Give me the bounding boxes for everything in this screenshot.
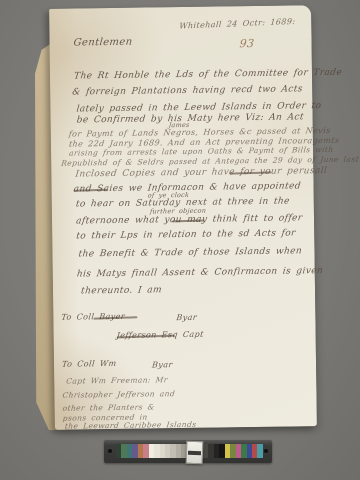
- manuscript-line: thereunto. I am: [80, 285, 162, 296]
- manuscript-line: to their Lps in relation to the sd Acts …: [76, 228, 297, 241]
- label-clip: [186, 441, 204, 465]
- label-clip-line: [188, 451, 201, 455]
- greeting: Gentlemen: [73, 37, 133, 49]
- manuscript-line: & forreign Plantations having recd two A…: [72, 84, 304, 97]
- manuscript-line: his Matys finall Assent & Confirmacon is…: [76, 266, 323, 279]
- interlined-insertion: of ye clock: [147, 191, 189, 200]
- color-patch: [257, 444, 262, 458]
- manuscript-line: the Benefit & Trade of those Islands whe…: [78, 246, 303, 259]
- color-calibration-bar: [104, 440, 272, 463]
- address-line: the Leeward Caribbee Islands: [64, 420, 197, 431]
- address-line: Capt Wm Freeman: Mr: [66, 375, 168, 385]
- mounting-dot: [108, 449, 112, 453]
- page-number: 93: [239, 37, 255, 50]
- address-line: Byar: [152, 360, 174, 369]
- address-line: Byar: [176, 313, 198, 322]
- interlined-insertion: James: [168, 121, 190, 129]
- photo-background: Whitehall 24 Octr: 1689: 93 Gentlemen Th…: [0, 0, 360, 480]
- mounting-dot: [264, 449, 268, 453]
- address-line: other the Planters &: [62, 402, 155, 412]
- manuscript-page: Whitehall 24 Octr: 1689: 93 Gentlemen Th…: [49, 5, 317, 430]
- manuscript-line: Inclosed Copies and your have for your p…: [75, 166, 328, 180]
- manuscript-line: The Rt Honble the Lds of the Committee f…: [73, 68, 342, 82]
- manuscript-line: be Confirmed by his Maty here Viz: An Ac…: [76, 112, 304, 125]
- address-line: Christopher Jefferson and: [62, 389, 176, 400]
- address-line: To Coll Wm: [62, 359, 117, 369]
- dateline: Whitehall 24 Octr: 1689:: [179, 17, 296, 31]
- interlined-insertion: further objecon: [149, 207, 206, 216]
